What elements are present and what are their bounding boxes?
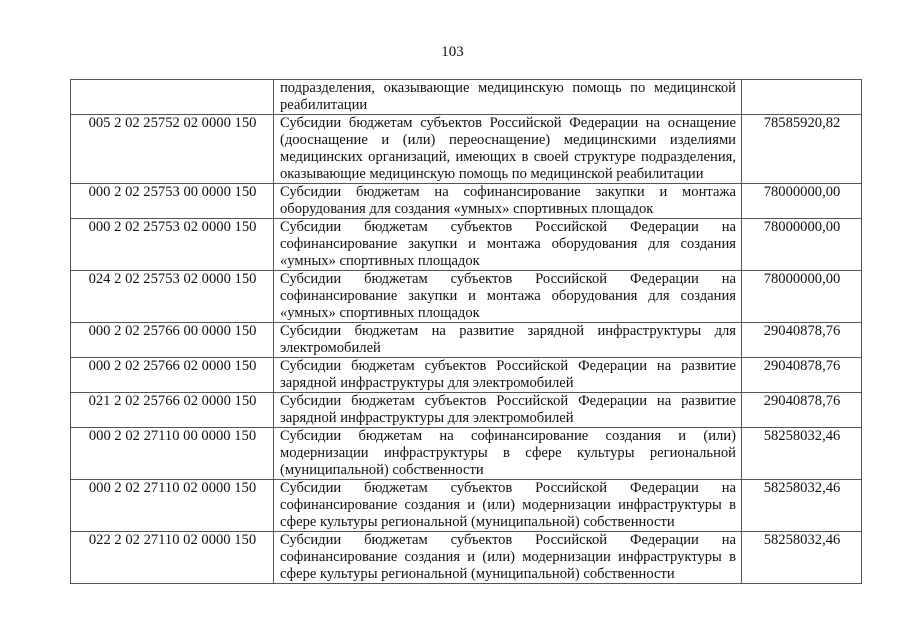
amount-cell: 78000000,00 [742,184,862,219]
amount-cell: 78585920,82 [742,115,862,184]
amount-cell: 58258032,46 [742,532,862,584]
description-cell: Субсидии бюджетам на софинансирование со… [274,428,742,480]
budget-code-cell: 000 2 02 25753 00 0000 150 [71,184,274,219]
budget-code-cell: 000 2 02 25753 02 0000 150 [71,219,274,271]
table-row: 000 2 02 25753 00 0000 150 Субсидии бюдж… [71,184,862,219]
amount-cell [742,80,862,115]
budget-code-cell: 000 2 02 25766 02 0000 150 [71,358,274,393]
amount-cell: 78000000,00 [742,271,862,323]
table-row: 022 2 02 27110 02 0000 150 Субсидии бюдж… [71,532,862,584]
amount-cell: 29040878,76 [742,323,862,358]
description-cell: Субсидии бюджетам субъектов Российской Ф… [274,532,742,584]
page-number: 103 [0,44,905,61]
table-row: подразделения, оказывающие медицинскую п… [71,80,862,115]
table-row: 000 2 02 27110 02 0000 150 Субсидии бюдж… [71,480,862,532]
table-row: 000 2 02 25753 02 0000 150 Субсидии бюдж… [71,219,862,271]
budget-revenue-table: подразделения, оказывающие медицинскую п… [70,79,862,584]
description-cell: Субсидии бюджетам на развитие зарядной и… [274,323,742,358]
budget-code-cell [71,80,274,115]
amount-cell: 58258032,46 [742,428,862,480]
budget-code-cell: 024 2 02 25753 02 0000 150 [71,271,274,323]
amount-cell: 58258032,46 [742,480,862,532]
description-cell: Субсидии бюджетам субъектов Российской Ф… [274,393,742,428]
budget-code-cell: 005 2 02 25752 02 0000 150 [71,115,274,184]
amount-cell: 29040878,76 [742,358,862,393]
description-cell: Субсидии бюджетам субъектов Российской Ф… [274,271,742,323]
description-cell: Субсидии бюджетам субъектов Российской Ф… [274,115,742,184]
description-cell: Субсидии бюджетам на софинансирование за… [274,184,742,219]
description-cell: Субсидии бюджетам субъектов Российской Ф… [274,358,742,393]
table-row: 021 2 02 25766 02 0000 150 Субсидии бюдж… [71,393,862,428]
amount-cell: 29040878,76 [742,393,862,428]
table-row: 000 2 02 25766 00 0000 150 Субсидии бюдж… [71,323,862,358]
description-cell: Субсидии бюджетам субъектов Российской Ф… [274,480,742,532]
table-row: 024 2 02 25753 02 0000 150 Субсидии бюдж… [71,271,862,323]
table-row: 000 2 02 27110 00 0000 150 Субсидии бюдж… [71,428,862,480]
table-row: 005 2 02 25752 02 0000 150 Субсидии бюдж… [71,115,862,184]
description-cell: подразделения, оказывающие медицинскую п… [274,80,742,115]
budget-code-cell: 000 2 02 27110 00 0000 150 [71,428,274,480]
budget-code-cell: 021 2 02 25766 02 0000 150 [71,393,274,428]
table-row: 000 2 02 25766 02 0000 150 Субсидии бюдж… [71,358,862,393]
budget-code-cell: 000 2 02 25766 00 0000 150 [71,323,274,358]
amount-cell: 78000000,00 [742,219,862,271]
budget-code-cell: 000 2 02 27110 02 0000 150 [71,480,274,532]
description-cell: Субсидии бюджетам субъектов Российской Ф… [274,219,742,271]
budget-code-cell: 022 2 02 27110 02 0000 150 [71,532,274,584]
